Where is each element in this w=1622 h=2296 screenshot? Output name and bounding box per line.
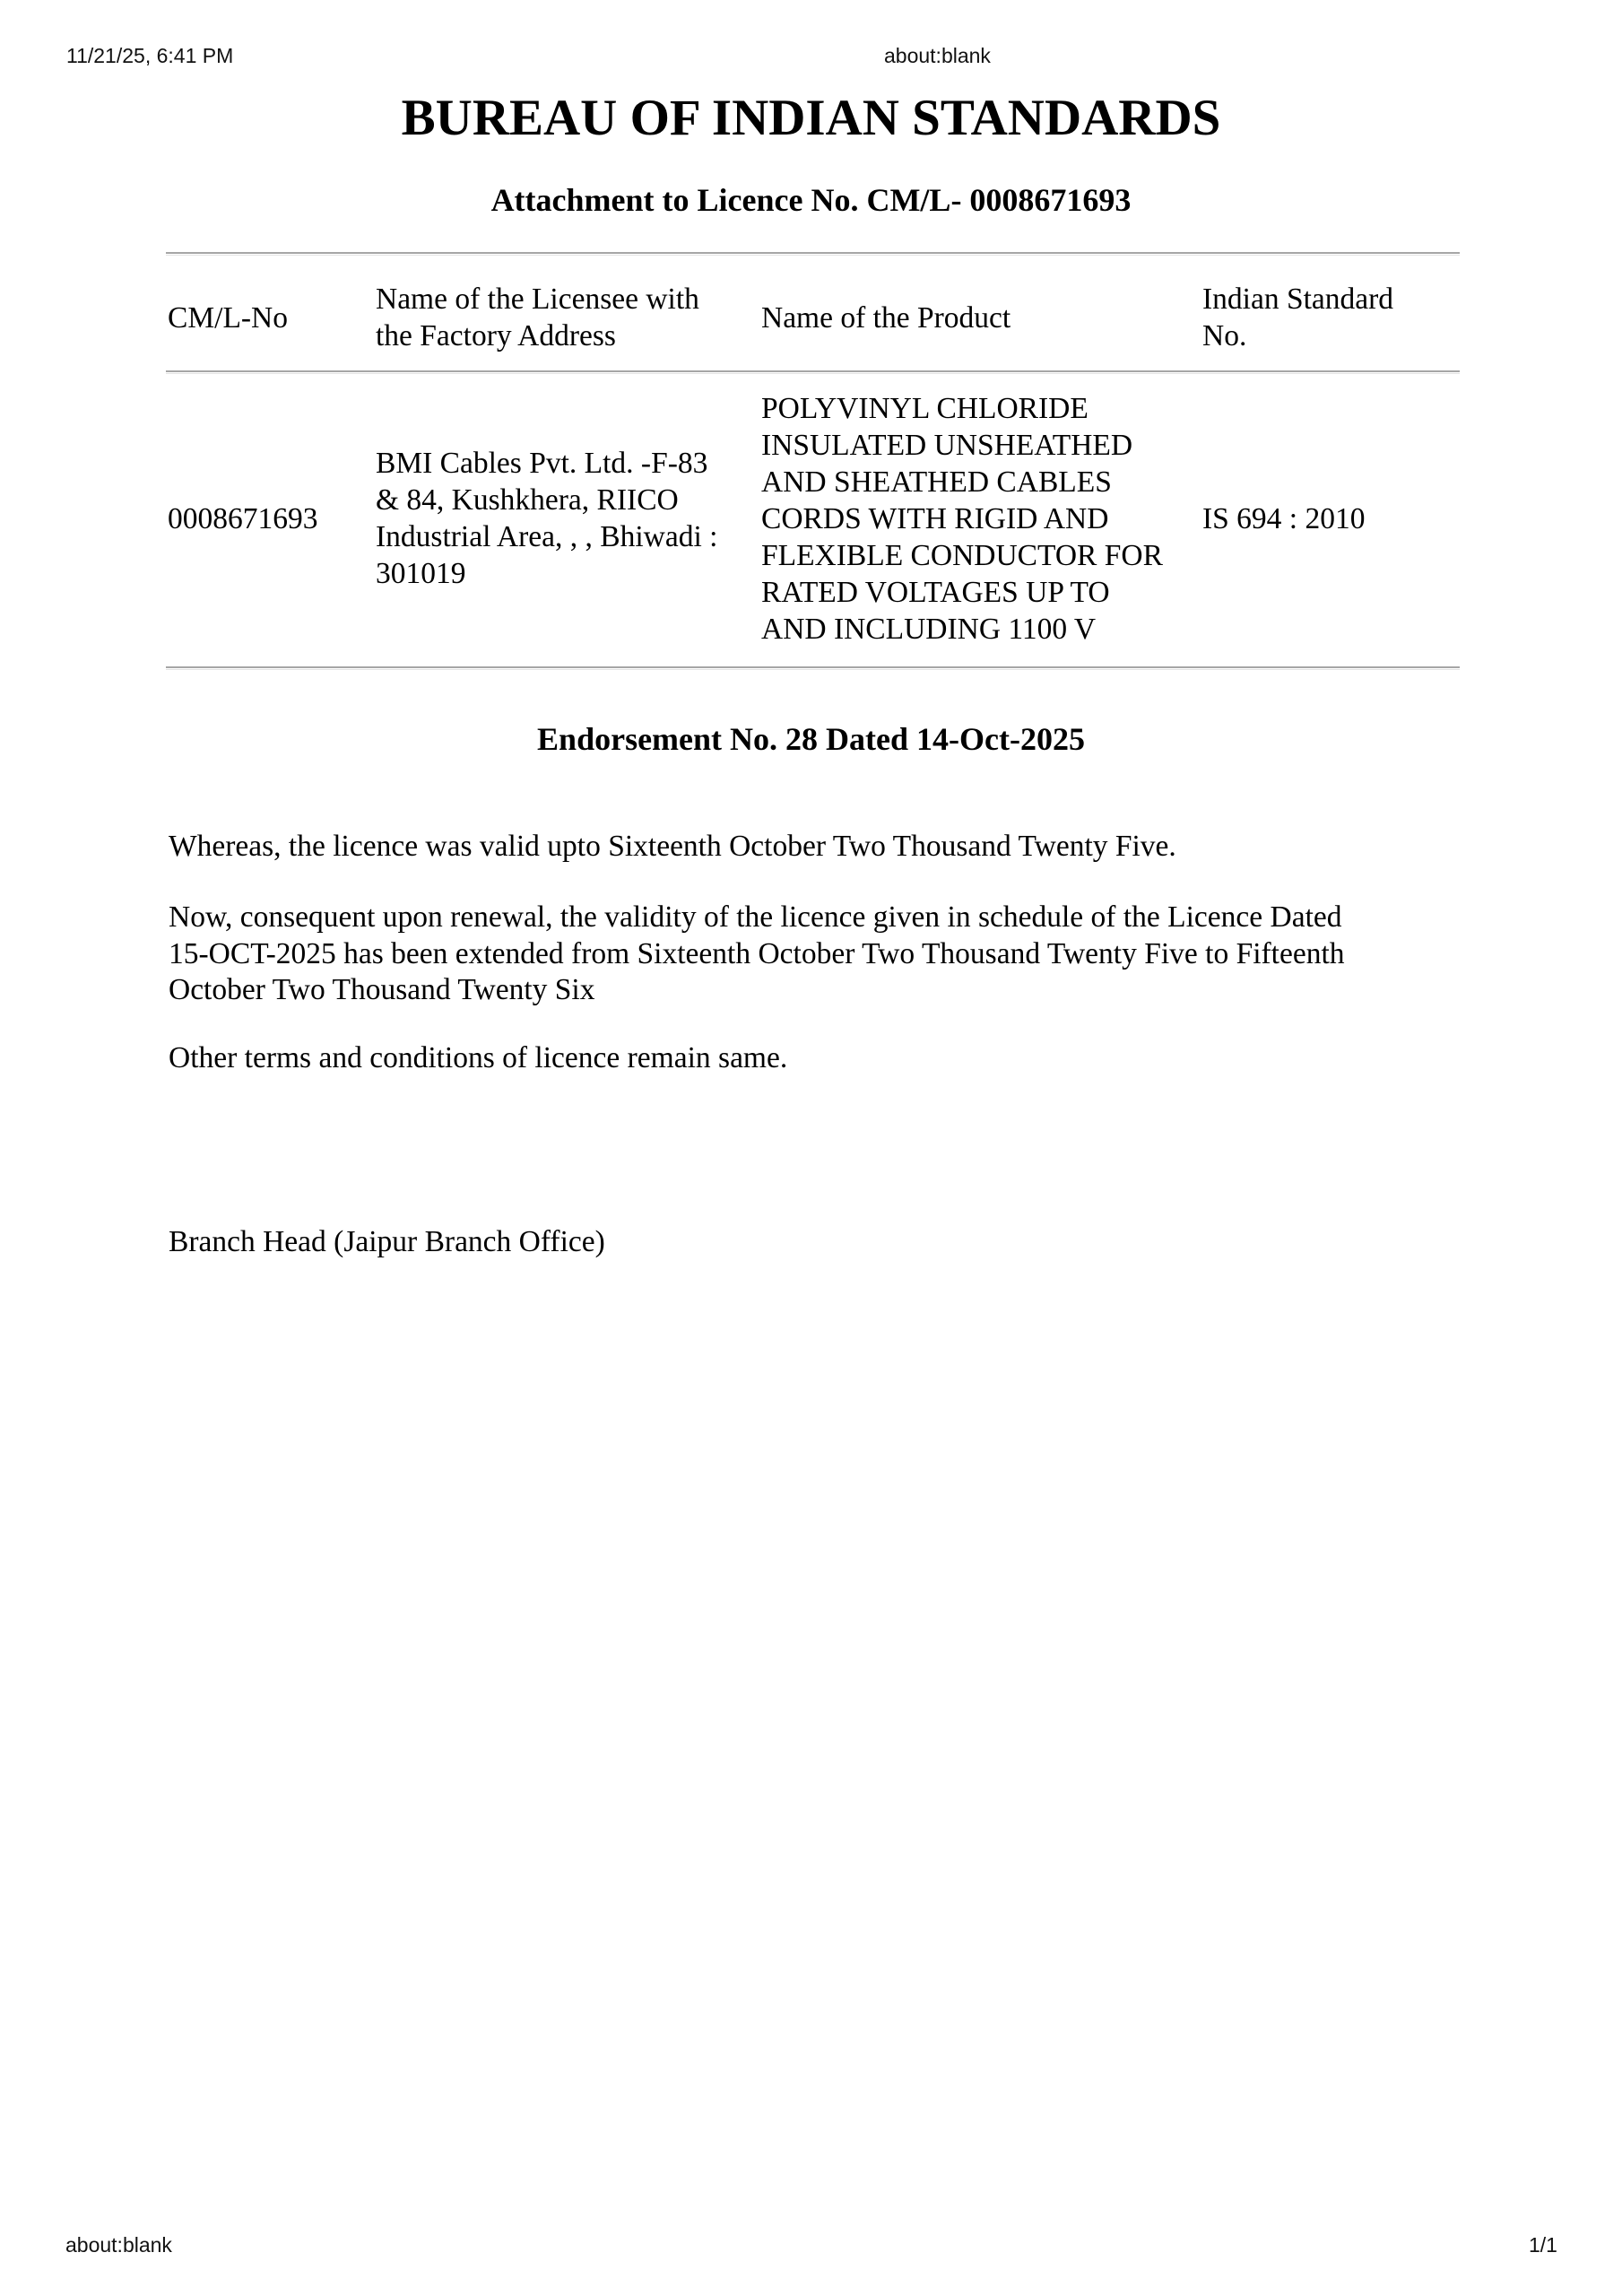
signatory: Branch Head (Jaipur Branch Office) — [169, 1224, 605, 1261]
header-cml-no: CM/L-No — [168, 300, 288, 336]
table-header-rule — [166, 370, 1460, 374]
print-footer-page-number: 1/1 — [1529, 2235, 1557, 2256]
paragraph-whereas: Whereas, the licence was valid upto Sixt… — [169, 829, 1176, 865]
print-header-url: about:blank — [884, 46, 991, 66]
print-footer-url: about:blank — [65, 2235, 172, 2256]
table-bottom-rule — [166, 666, 1460, 670]
cell-indian-standard: IS 694 : 2010 — [1202, 500, 1365, 537]
table-top-rule — [166, 252, 1460, 256]
paragraph-renewal: Now, consequent upon renewal, the validi… — [169, 900, 1345, 1009]
licence-attachment-heading: Attachment to Licence No. CM/L- 00086716… — [0, 184, 1622, 216]
header-licensee: Name of the Licensee with the Factory Ad… — [376, 281, 699, 354]
paragraph-other-terms: Other terms and conditions of licence re… — [169, 1040, 787, 1077]
header-product: Name of the Product — [761, 300, 1010, 336]
endorsement-heading: Endorsement No. 28 Dated 14-Oct-2025 — [0, 723, 1622, 755]
cell-licensee-address: BMI Cables Pvt. Ltd. -F-83 & 84, Kushkhe… — [376, 445, 717, 592]
print-header-datetime: 11/21/25, 6:41 PM — [66, 46, 233, 66]
cell-cml-no: 0008671693 — [168, 500, 318, 537]
header-indian-standard: Indian Standard No. — [1202, 281, 1393, 354]
document-title: BUREAU OF INDIAN STANDARDS — [0, 92, 1622, 143]
cell-product-name: POLYVINYL CHLORIDE INSULATED UNSHEATHED … — [761, 390, 1163, 648]
